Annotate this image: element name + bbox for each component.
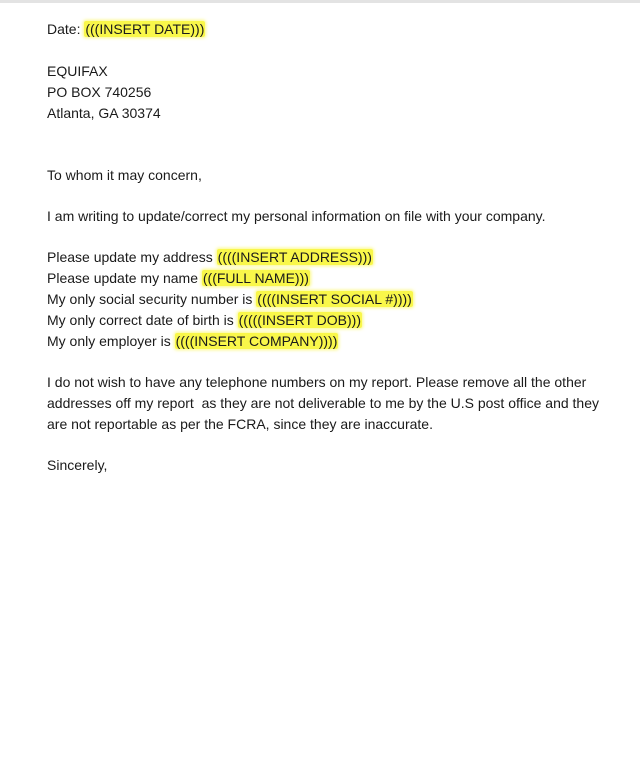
body-line-2: addresses off my report as they are not …: [47, 394, 599, 412]
company-placeholder: ((((INSERT COMPANY)))): [175, 333, 339, 349]
date-line: Date: (((INSERT DATE))): [47, 20, 205, 38]
request-text: Please update my address: [47, 249, 217, 265]
request-address: Please update my address ((((INSERT ADDR…: [47, 248, 373, 266]
salutation: To whom it may concern,: [47, 166, 202, 184]
top-border: [0, 0, 640, 3]
request-employer: My only employer is ((((INSERT COMPANY))…: [47, 332, 338, 350]
request-text: My only employer is: [47, 333, 175, 349]
request-text: Please update my name: [47, 270, 202, 286]
request-ssn: My only social security number is ((((IN…: [47, 290, 413, 308]
date-placeholder: (((INSERT DATE))): [84, 21, 205, 37]
recipient-address-line2: Atlanta, GA 30374: [47, 104, 161, 122]
request-text: My only social security number is: [47, 291, 256, 307]
dob-placeholder: (((((INSERT DOB))): [238, 312, 362, 328]
intro-paragraph: I am writing to update/correct my person…: [47, 207, 546, 225]
request-text: My only correct date of birth is: [47, 312, 238, 328]
closing: Sincerely,: [47, 456, 107, 474]
ssn-placeholder: ((((INSERT SOCIAL #)))): [256, 291, 413, 307]
recipient-address-line1: PO BOX 740256: [47, 83, 151, 101]
request-dob: My only correct date of birth is (((((IN…: [47, 311, 362, 329]
name-placeholder: (((FULL NAME))): [202, 270, 310, 286]
body-line-1: I do not wish to have any telephone numb…: [47, 373, 586, 391]
address-placeholder: ((((INSERT ADDRESS))): [217, 249, 373, 265]
date-label: Date:: [47, 21, 84, 37]
request-name: Please update my name (((FULL NAME))): [47, 269, 310, 287]
body-line-3: are not reportable as per the FCRA, sinc…: [47, 415, 433, 433]
recipient-name: EQUIFAX: [47, 62, 108, 80]
